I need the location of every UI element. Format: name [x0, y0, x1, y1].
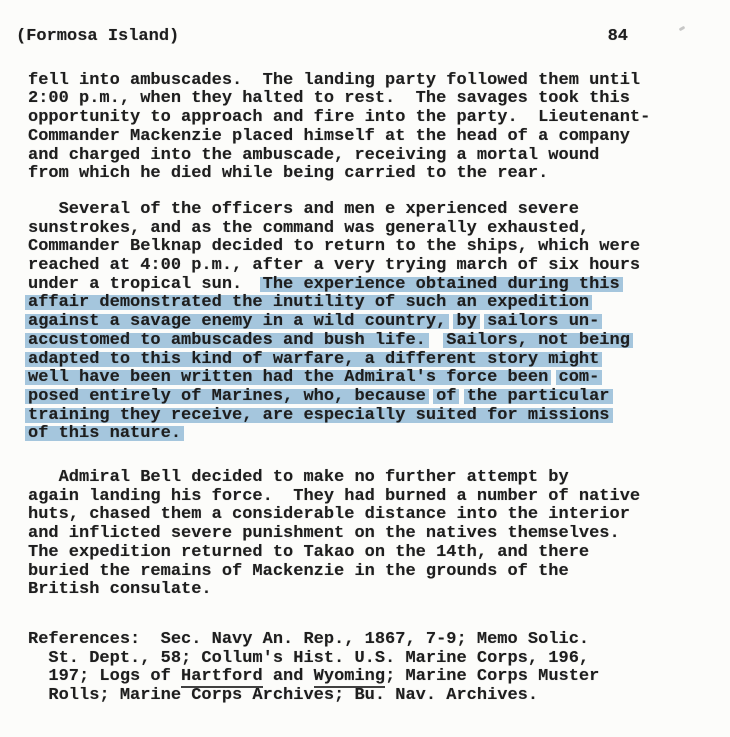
text-line: British consulate. — [28, 581, 710, 600]
text-line: Admiral Bell decided to make no further … — [28, 469, 710, 488]
highlighted-text: training they receive, are especially su… — [25, 406, 613, 425]
text-line: Commander Belknap decided to return to t… — [28, 238, 710, 257]
text-line: huts, chased them a considerable distanc… — [28, 506, 710, 525]
text-line: St. Dept., 58; Collum's Hist. U.S. Marin… — [28, 650, 710, 669]
references-block: References: Sec. Navy An. Rep., 1867, 7-… — [28, 631, 710, 706]
header-title: (Formosa Island) — [16, 28, 179, 47]
text-line: fell into ambuscades. The landing party … — [28, 72, 710, 91]
plain-text: under a tropical sun. — [28, 275, 263, 294]
highlighted-text: The experience obtained during this — [260, 275, 623, 294]
text-line: 2:00 p.m., when they halted to rest. The… — [28, 90, 710, 109]
text-line: accustomed to ambuscades and bush life. … — [28, 332, 710, 351]
paragraph-3: Admiral Bell decided to make no further … — [28, 469, 710, 600]
highlighted-text: sailors un- — [484, 312, 602, 331]
highlighted-text: posed entirely of Marines, who, because — [25, 387, 429, 406]
highlighted-text: against a savage enemy in a wild country… — [25, 312, 449, 331]
text-line: Commander Mackenzie placed himself at th… — [28, 128, 710, 147]
text-line: from which he died while being carried t… — [28, 165, 710, 184]
text-line: Rolls; Marine Corps Archives; Bu. Nav. A… — [28, 687, 710, 706]
text-line: again landing his force. They had burned… — [28, 488, 710, 507]
text-line: buried the remains of Mackenzie in the g… — [28, 563, 710, 582]
highlighted-text: well have been written had the Admiral's… — [25, 368, 551, 387]
text-line: and charged into the ambuscade, receivin… — [28, 147, 710, 166]
page-header: (Formosa Island) 84 — [0, 0, 730, 47]
text-line: The expedition returned to Takao on the … — [28, 544, 710, 563]
text-line: adapted to this kind of warfare, a diffe… — [28, 351, 710, 370]
text-line: Several of the officers and men e xperie… — [28, 201, 710, 220]
document-body: fell into ambuscades. The landing party … — [28, 72, 710, 706]
text-line: against a savage enemy in a wild country… — [28, 313, 710, 332]
text-line: under a tropical sun. The experience obt… — [28, 276, 710, 295]
highlighted-text: adapted to this kind of warfare, a diffe… — [25, 350, 602, 369]
text-line: well have been written had the Admiral's… — [28, 369, 710, 388]
highlighted-text: com- — [556, 368, 603, 387]
text-line: affair demonstrated the inutility of suc… — [28, 294, 710, 313]
paragraph-1: fell into ambuscades. The landing party … — [28, 72, 710, 184]
text-line: References: Sec. Navy An. Rep., 1867, 7-… — [28, 631, 710, 650]
text-line: reached at 4:00 p.m., after a very tryin… — [28, 257, 710, 276]
plain-text: and — [263, 667, 314, 686]
text-line: sunstrokes, and as the command was gener… — [28, 220, 710, 239]
paragraph-2: Several of the officers and men e xperie… — [28, 201, 710, 444]
text-line: 197; Logs of Hartford and Wyoming; Marin… — [28, 668, 710, 687]
document-page: (Formosa Island) 84 fell into ambuscades… — [0, 0, 730, 737]
text-line: of this nature. — [28, 425, 710, 444]
highlighted-text: Sailors, not being — [443, 331, 633, 350]
highlighted-text: of this nature. — [25, 424, 184, 443]
plain-text: 197; Logs of — [28, 667, 181, 686]
text-line: posed entirely of Marines, who, because … — [28, 388, 710, 407]
page-number: 84 — [608, 28, 628, 47]
text-line: training they receive, are especially su… — [28, 407, 710, 426]
highlighted-text: accustomed to ambuscades and bush life. — [25, 331, 429, 350]
plain-text: ; Marine Corps Muster — [385, 667, 599, 686]
text-line: opportunity to approach and fire into th… — [28, 109, 710, 128]
highlighted-text: affair demonstrated the inutility of suc… — [25, 293, 592, 312]
text-line: and inflicted severe punishment on the n… — [28, 525, 710, 544]
highlighted-text: the particular — [464, 387, 613, 406]
